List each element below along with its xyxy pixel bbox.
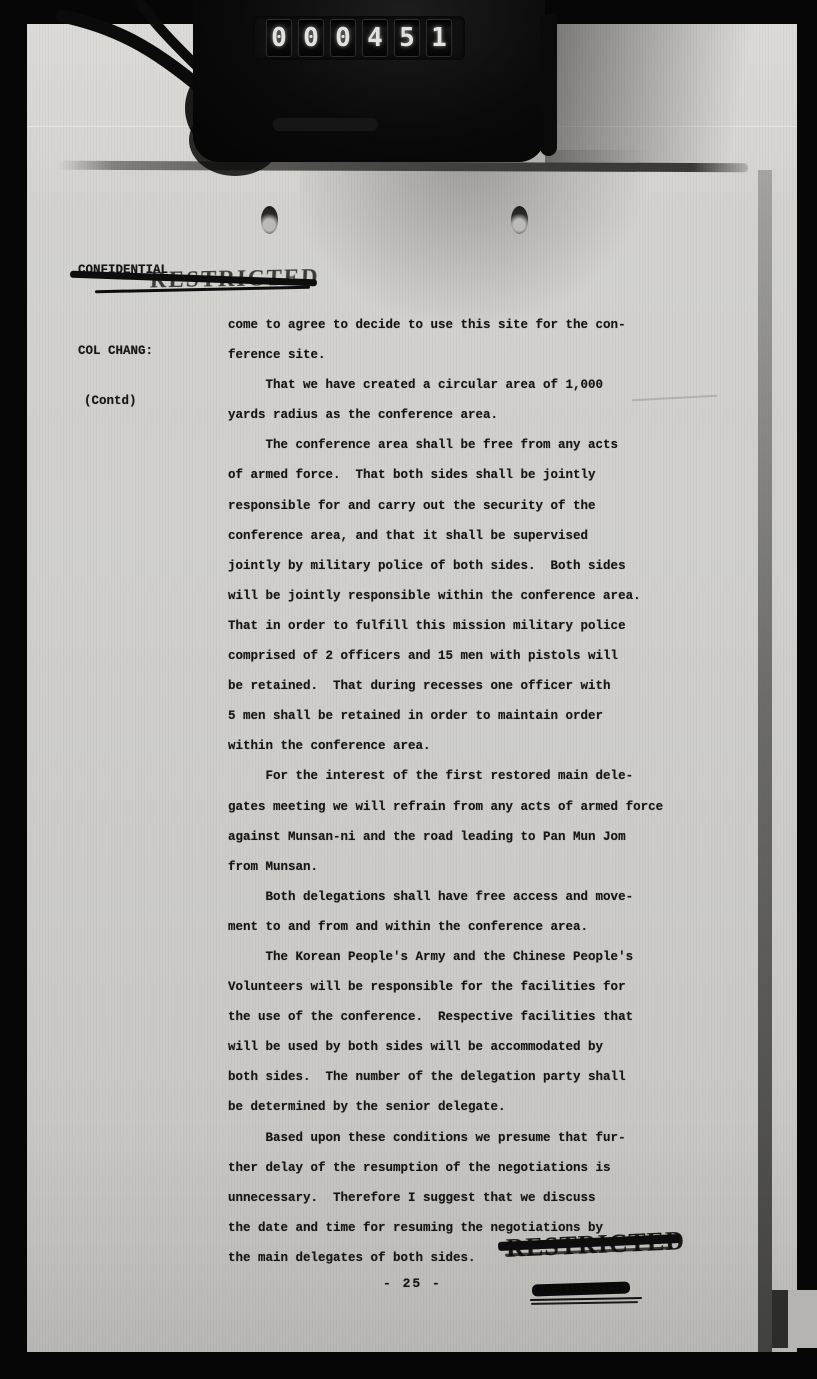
device-lever	[540, 14, 557, 156]
transcript-line: jointly by military police of both sides…	[228, 551, 698, 581]
transcript-line: For the interest of the first restored m…	[228, 761, 698, 791]
transcript-line: yards radius as the conference area.	[228, 400, 698, 430]
punch-hole	[261, 206, 278, 234]
transcript-line: Volunteers will be responsible for the f…	[228, 972, 698, 1002]
transcript-line: be retained. That during recesses one of…	[228, 671, 698, 701]
transcript-line: ther delay of the resumption of the nego…	[228, 1153, 698, 1183]
transcript-line: be determined by the senior delegate.	[228, 1092, 698, 1122]
speaker-name: COL CHANG:	[78, 343, 153, 360]
transcript-line: Both delegations shall have free access …	[228, 882, 698, 912]
transcript-line: ference site.	[228, 340, 698, 370]
transcript-line: within the conference area.	[228, 731, 698, 761]
transcript-line: both sides. The number of the delegation…	[228, 1062, 698, 1092]
transcript-line: gates meeting we will refrain from any a…	[228, 792, 698, 822]
transcript-line: of armed force. That both sides shall be…	[228, 460, 698, 490]
transcript-line: Based upon these conditions we presume t…	[228, 1123, 698, 1153]
transcript-line: The Korean People's Army and the Chinese…	[228, 942, 698, 972]
transcript-line: 5 men shall be retained in order to main…	[228, 701, 698, 731]
transcript-line: from Munsan.	[228, 852, 698, 882]
device-slot	[273, 118, 378, 131]
transcript-line: come to agree to decide to use this site…	[228, 310, 698, 340]
transcript-line: unnecessary. Therefore I suggest that we…	[228, 1183, 698, 1213]
speaker-contd: (Contd)	[78, 393, 153, 410]
transcript-line: comprised of 2 officers and 15 men with …	[228, 641, 698, 671]
counter-digit: 4	[362, 19, 388, 57]
transcript-line: conference area, and that it shall be su…	[228, 521, 698, 551]
transcript-line: will be jointly responsible within the c…	[228, 581, 698, 611]
adjacent-paper-edge	[772, 1290, 817, 1348]
film-counter-device: 000451	[193, 0, 545, 162]
speaker-label: COL CHANG: (Contd)	[78, 310, 153, 442]
microfilm-scan: 000451 CONFIDENTIAL RESTRICTED COL CHANG…	[0, 0, 817, 1379]
punch-hole	[511, 206, 528, 234]
page-number: - 25 -	[383, 1276, 442, 1291]
transcript-line: the use of the conference. Respective fa…	[228, 1002, 698, 1032]
counter-digit: 0	[330, 19, 356, 57]
transcript-line: against Munsan-ni and the road leading t…	[228, 822, 698, 852]
counter-digit: 0	[298, 19, 324, 57]
transcript-line: will be used by both sides will be accom…	[228, 1032, 698, 1062]
transcript-line: The conference area shall be free from a…	[228, 430, 698, 460]
transcript-line: ment to and from and within the conferen…	[228, 912, 698, 942]
counter-digits: 000451	[253, 16, 465, 60]
counter-digit: 0	[266, 19, 292, 57]
transcript: come to agree to decide to use this site…	[228, 310, 698, 1273]
transcript-line: That we have created a circular area of …	[228, 370, 698, 400]
counter-digit: 5	[394, 19, 420, 57]
device-shadow	[545, 24, 800, 164]
counter-digit: 1	[426, 19, 452, 57]
transcript-line: responsible for and carry out the securi…	[228, 491, 698, 521]
transcript-line: That in order to fulfill this mission mi…	[228, 611, 698, 641]
page-right-edge-shadow	[758, 170, 772, 1352]
